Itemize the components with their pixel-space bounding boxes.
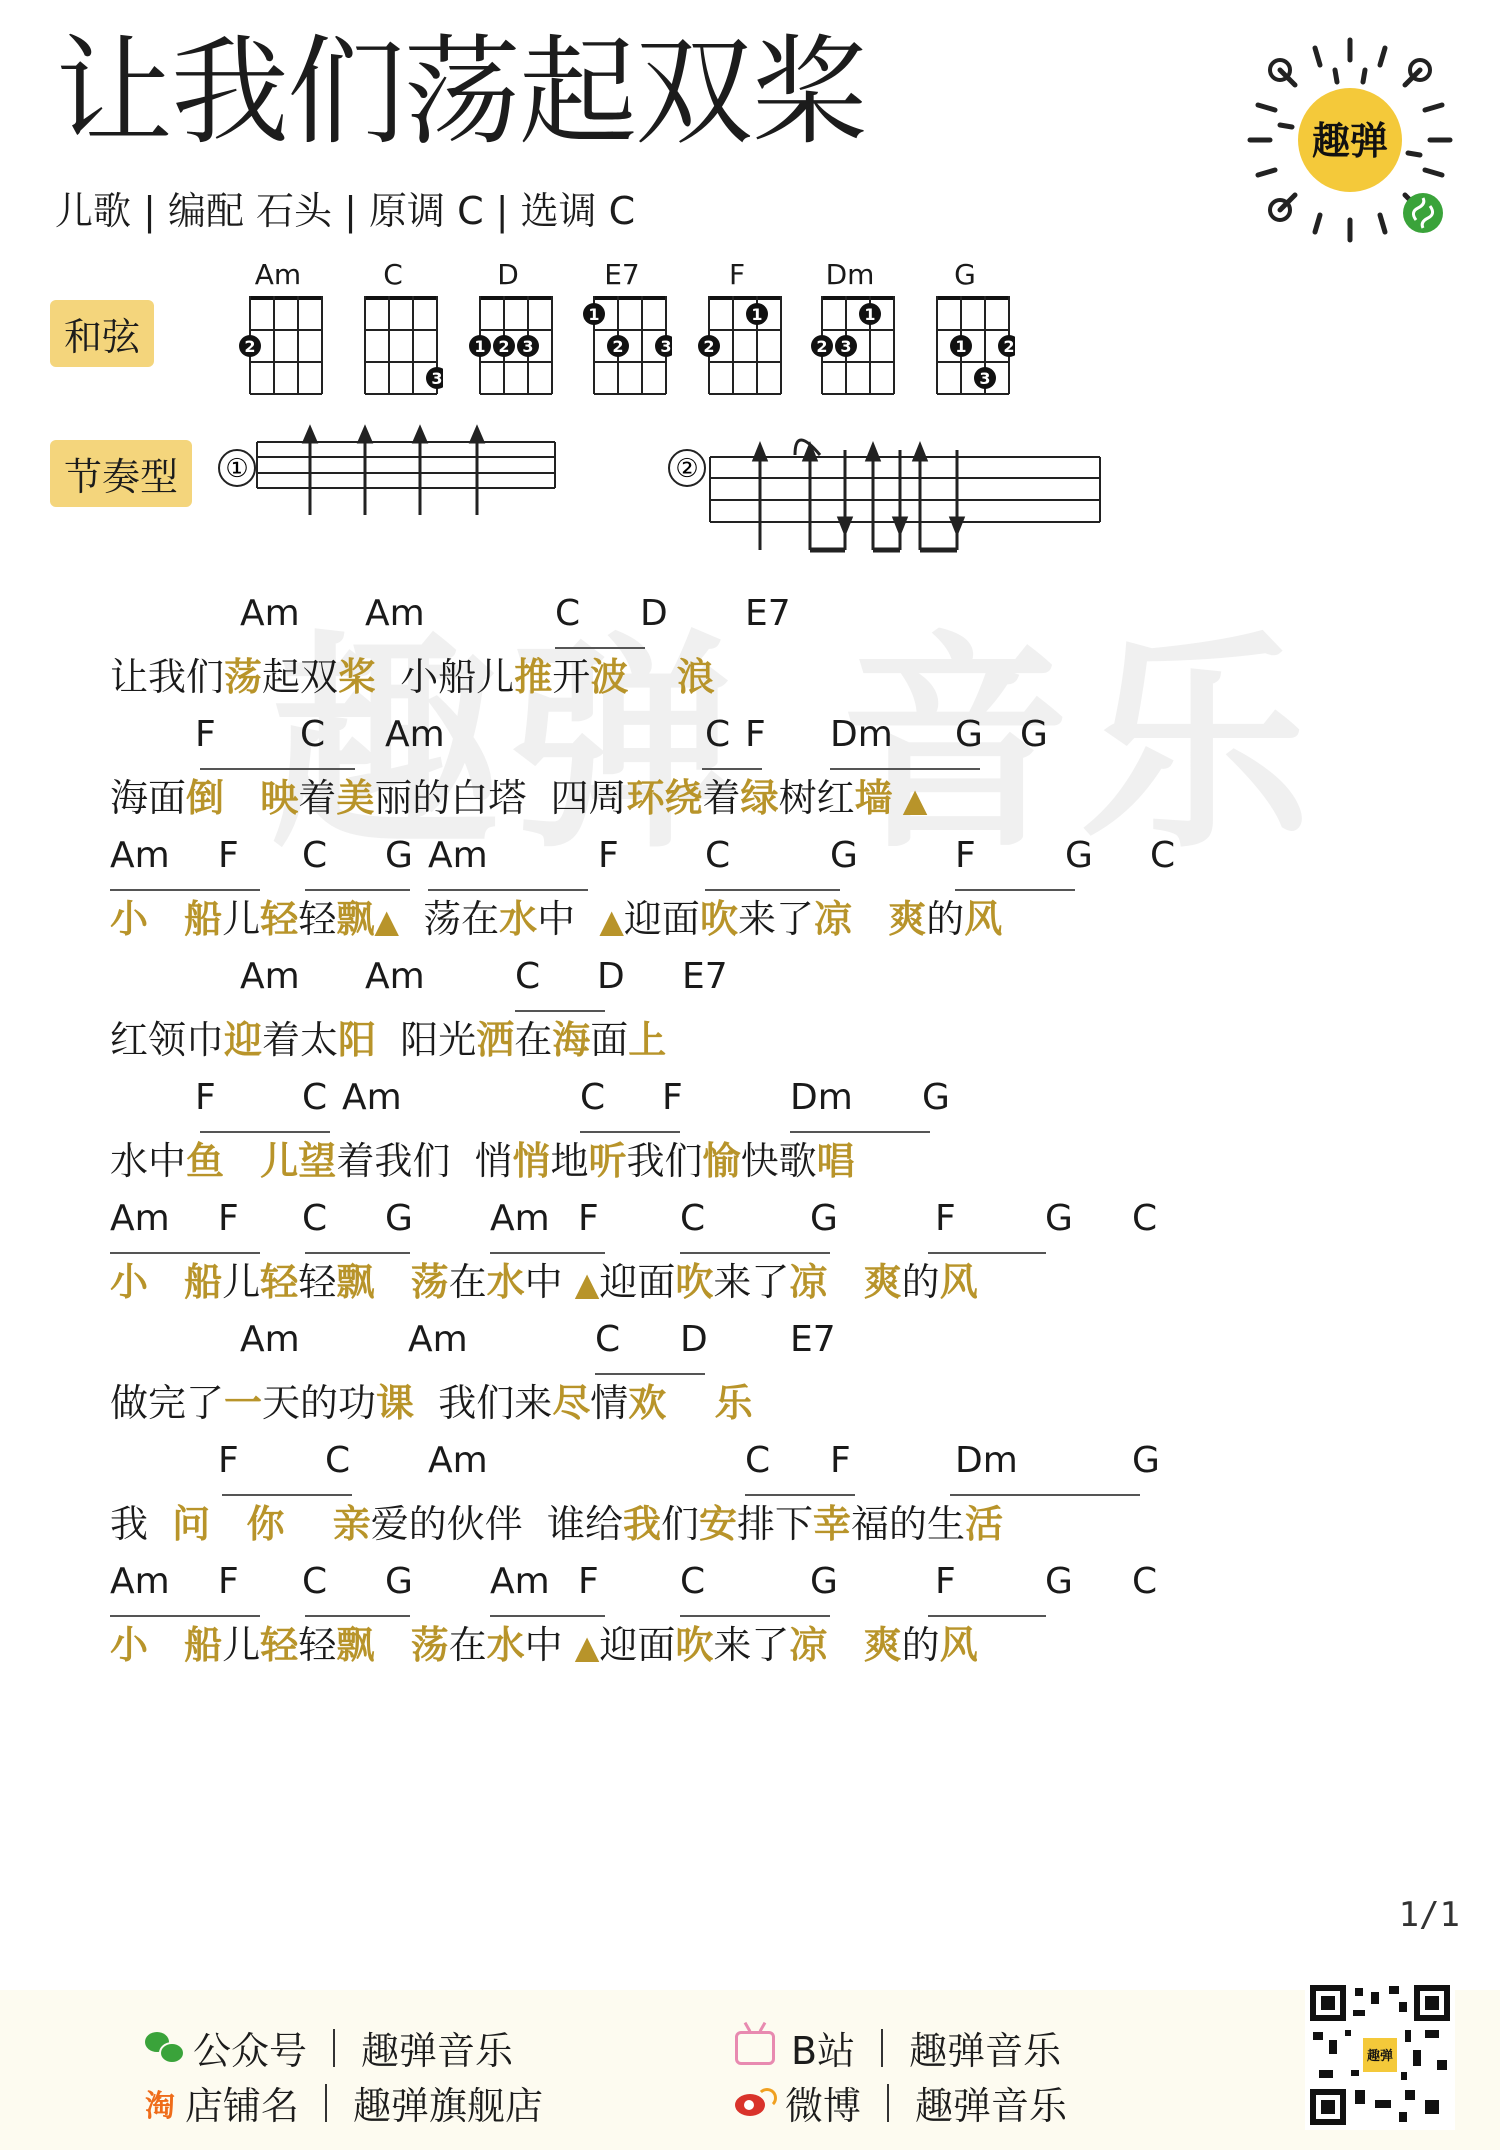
accent-syllable: 风 [940,1623,978,1667]
chord-diagram-e7: E7123 [572,258,672,402]
chord-symbol: D [680,1319,708,1360]
chord-symbol: Am [428,1440,488,1481]
syllable: 丽的白塔 四周 [374,776,626,820]
accent-syllable: 波 [590,655,628,699]
accent-syllable: 桨 [338,655,376,699]
accent-syllable: 鱼 [186,1139,224,1183]
chord-symbol: C [580,1077,605,1118]
syllable: 让我们 [110,655,224,699]
accent-syllable: 凉 [814,897,852,941]
chord-symbol: F [578,1561,599,1602]
chord-symbol: Am [110,1561,170,1602]
syllable [148,1260,184,1304]
accent-syllable: 儿 [260,1139,298,1183]
syllable [827,1260,863,1304]
syllable: 来了 [713,1260,789,1304]
chord-symbol: Am [490,1561,550,1602]
chord-symbol: F [935,1561,956,1602]
footer: 公众号趣弹音乐 淘 店铺名趣弹旗舰店 B站趣弹音乐 微博趣弹音乐 [0,1990,1500,2150]
chord-diagram-dm: Dm231 [800,258,900,402]
chord-symbol: Dm [955,1440,1018,1481]
accent-syllable: 望 [298,1139,336,1183]
chord-symbol: Am [365,956,425,997]
svg-text:2: 2 [498,337,509,356]
accent-syllable: 凉 [789,1260,827,1304]
chord-symbol: G [1045,1198,1073,1239]
footer-taobao[interactable]: 淘 店铺名趣弹旗舰店 [145,2075,543,2130]
accent-syllable: 安 [699,1502,737,1546]
chord-diagram-g: G123 [915,258,1015,402]
accent-syllable: 欢 [628,1381,666,1425]
syllable [284,1502,332,1546]
chord-symbol: C [302,1198,327,1239]
chord-symbol: C [555,593,580,634]
syllable: 迎面 [599,1260,675,1304]
bilibili-icon [735,2031,775,2065]
chords-label: 和弦 [50,300,154,367]
accent-syllable: 吹 [675,1623,713,1667]
syllable [148,897,184,941]
chord-symbol: C [300,714,325,755]
syllable: 的 [926,897,964,941]
svg-text:趣弹: 趣弹 [1312,119,1388,163]
accent-syllable: 荡 [224,655,262,699]
chord-symbol: E7 [745,593,791,634]
accent-syllable: 唱 [817,1139,855,1183]
syllable: 面 [590,1018,628,1062]
chord-symbol: F [745,714,766,755]
fretboard-icon: 123 [572,292,672,402]
footer-weibo[interactable]: 微博趣弹音乐 [735,2075,1067,2130]
syllable [827,1623,863,1667]
fretboard-icon: 123 [915,292,1015,402]
chord-symbol: Am [240,1319,300,1360]
divider [333,2029,335,2067]
chord-diagram-f: F21 [687,258,787,402]
accent-syllable: 悄 [512,1139,550,1183]
svg-text:1: 1 [588,305,599,324]
chord-symbol: E7 [790,1319,836,1360]
syllable: 们 [661,1502,699,1546]
divider [887,2084,889,2122]
chord-symbol: G [385,1198,413,1239]
syllable: 来了 [738,897,814,941]
taobao-icon: 淘 [145,2081,175,2125]
accent-syllable: 爽 [888,897,926,941]
syllable: 起双 [262,655,338,699]
chord-symbol: D [597,956,625,997]
svg-text:2: 2 [703,337,714,356]
divider [881,2029,883,2067]
svg-text:3: 3 [660,337,671,356]
accent-syllable: 水 [487,1623,525,1667]
lyric-text: 我 问 你 亲爱的伙伴 谁给我们安排下幸福的生活 [110,1494,1003,1554]
chord-symbol: F [195,1077,216,1118]
accent-syllable: 洒 [476,1018,514,1062]
chord-symbol: Am [240,956,300,997]
chord-diagram-c: C3 [343,258,443,402]
accent-syllable: 愉 [703,1139,741,1183]
chord-symbol: G [1132,1440,1160,1481]
syllable [148,1623,184,1667]
accent-syllable: 映 [260,776,298,820]
chord-symbol: G [810,1561,838,1602]
chord-symbol: C [1150,835,1175,876]
syllable [374,1623,410,1667]
syllable: 儿 [222,1623,260,1667]
accent-syllable: 墙 [855,776,893,820]
chord-symbol: C [705,714,730,755]
syllable: 儿 [222,1260,260,1304]
syllable: 在 [449,1623,487,1667]
accent-syllable: 小 [110,897,148,941]
chord-symbol: Am [365,593,425,634]
accent-syllable: 船 [184,1260,222,1304]
syllable: 红领巾 [110,1018,224,1062]
lyric-text: 做完了一天的功课 我们来尽情欢 乐 [110,1373,753,1433]
wechat-icon [145,2032,183,2064]
accent-syllable: 吹 [700,897,738,941]
chord-symbol: G [922,1077,950,1118]
chord-name: Dm [800,258,900,292]
rhythm-pattern-1: ① [215,420,575,534]
syllable: 在 [514,1018,552,1062]
svg-text:1: 1 [864,305,875,324]
svg-text:1: 1 [751,305,762,324]
accent-syllable: 风 [964,897,1002,941]
syllable: 快歌 [741,1139,817,1183]
syllable: 情 [590,1381,628,1425]
chord-symbol: F [662,1077,683,1118]
syllable: 在 [449,1260,487,1304]
syllable: 中 [525,1260,575,1304]
syllable: 海面 [110,776,186,820]
chord-symbol: C [1132,1561,1157,1602]
accent-syllable: 幸 [813,1502,851,1546]
svg-text:2: 2 [1003,337,1014,356]
syllable [210,1502,246,1546]
accent-syllable: 迎 [224,1018,262,1062]
chord-symbol: C [1132,1198,1157,1239]
chord-symbol: F [218,1198,239,1239]
chord-diagram-am: Am2 [228,258,328,402]
chord-symbol: F [955,835,976,876]
chord-symbol: Am [408,1319,468,1360]
accent-syllable: 绿 [741,776,779,820]
chord-symbol: F [578,1198,599,1239]
weibo-icon [735,2088,771,2118]
svg-text:2: 2 [244,337,255,356]
chord-symbol: F [218,1561,239,1602]
chord-symbol: F [218,835,239,876]
accent-syllable: 水 [487,1260,525,1304]
qr-code[interactable]: 趣弹 [1305,1980,1455,2130]
syllable: 的 [902,1623,940,1667]
chord-diagram-d: D123 [458,258,558,402]
fretboard-icon: 231 [800,292,900,402]
accent-syllable: 推 [514,655,552,699]
accent-syllable: 阳 [338,1018,376,1062]
syllable: 轻 [298,897,336,941]
chord-symbol: C [302,835,327,876]
triangle-icon: ▲ [575,1265,600,1303]
lyric-text: 红领巾迎着太阳 阳光洒在海面上 [110,1010,666,1070]
chord-symbol: C [680,1561,705,1602]
triangle-icon: ▲ [599,902,624,940]
chord-symbol: Am [342,1077,402,1118]
chord-symbol: C [325,1440,350,1481]
syllable: 的 [902,1260,940,1304]
accent-syllable: 海 [552,1018,590,1062]
chord-symbol: Am [490,1198,550,1239]
chord-name: C [343,258,443,292]
footer-bilibili[interactable]: B站趣弹音乐 [735,2020,1061,2075]
chord-symbol: Am [110,1198,170,1239]
syllable: 爱的伙伴 谁给 [371,1502,623,1546]
chord-symbol: G [385,1561,413,1602]
accent-syllable: 小 [110,1260,148,1304]
chord-symbol: F [195,714,216,755]
accent-syllable: 爽 [864,1260,902,1304]
accent-syllable: 小 [110,1623,148,1667]
fretboard-icon: 21 [687,292,787,402]
syllable [666,1381,714,1425]
triangle-icon: ▲ [575,1628,600,1666]
chord-symbol: D [640,593,668,634]
chord-symbol: Dm [790,1077,853,1118]
fretboard-icon: 2 [228,292,328,402]
accent-syllable: 轻 [260,1260,298,1304]
syllable: 着我们 悄 [336,1139,512,1183]
accent-syllable: 乐 [715,1381,753,1425]
syllable: 中 [525,1623,575,1667]
syllable: 小船儿 [376,655,514,699]
accent-syllable: 你 [246,1502,284,1546]
lyric-text: 小 船儿轻轻飘 荡在水中 ▲迎面吹来了凉 爽的风 [110,1252,978,1314]
chord-symbol: G [1020,714,1048,755]
chord-symbol: F [935,1198,956,1239]
triangle-icon: ▲ [374,902,399,940]
lyric-text: 小 船儿轻轻飘 荡在水中 ▲迎面吹来了凉 爽的风 [110,1615,978,1677]
qr-code-icon: 趣弹 [1305,1980,1455,2130]
chord-symbol: Am [428,835,488,876]
syllable: 阳光 [376,1018,476,1062]
chord-symbol: F [218,1440,239,1481]
syllable: 来了 [713,1623,789,1667]
mini-program-code[interactable]: 趣弹 [1240,30,1460,250]
syllable: 荡在 [399,897,499,941]
accent-syllable: 轻 [260,1623,298,1667]
syllable [224,776,260,820]
chord-symbol: Am [110,835,170,876]
syllable: 我们来 [414,1381,552,1425]
accent-syllable: 吹 [675,1260,713,1304]
syllable: 天的功 [262,1381,376,1425]
rhythm-pattern-2: ② [665,420,1115,564]
syllable: 排下 [737,1502,813,1546]
chord-symbol: G [1065,835,1093,876]
chord-symbol: C [302,1077,327,1118]
footer-wechat[interactable]: 公众号趣弹音乐 [145,2020,513,2075]
syllable: 我 [110,1502,172,1546]
accent-syllable: 绕 [665,776,703,820]
svg-text:3: 3 [840,337,851,356]
accent-syllable: 上 [628,1018,666,1062]
accent-syllable: 飘 [336,1623,374,1667]
fretboard-icon: 3 [343,292,443,402]
svg-text:2: 2 [816,337,827,356]
chord-symbol: G [830,835,858,876]
accent-syllable: 课 [376,1381,414,1425]
accent-syllable: 船 [184,897,222,941]
svg-text:3: 3 [431,369,442,388]
syllable: 地 [551,1139,589,1183]
syllable: 水中 [110,1139,186,1183]
accent-syllable: 轻 [260,897,298,941]
chord-name: D [458,258,558,292]
chord-name: E7 [572,258,672,292]
syllable: 迎面 [599,1623,675,1667]
syllable: 轻 [298,1623,336,1667]
qr-sunburst-icon: 趣弹 [1240,30,1460,250]
syllable [374,1260,410,1304]
syllable: 着 [298,776,336,820]
rhythm-label: 节奏型 [50,440,192,507]
syllable: 福的生 [851,1502,965,1546]
lyric-text: 小 船儿轻轻飘▲ 荡在水中 ▲迎面吹来了凉 爽的风 [110,889,1002,951]
svg-text:1: 1 [955,337,966,356]
svg-text:2: 2 [612,337,623,356]
syllable [628,655,676,699]
accent-syllable: 风 [940,1260,978,1304]
accent-syllable: 荡 [411,1623,449,1667]
syllable: 树红 [779,776,855,820]
accent-syllable: 亲 [333,1502,371,1546]
chord-symbol: C [595,1319,620,1360]
chord-name: Am [228,258,328,292]
lyric-text: 海面倒 映着美丽的白塔 四周环绕着绿树红墙 ▲ [110,768,927,830]
chord-symbol: Am [385,714,445,755]
chord-symbol: Dm [830,714,893,755]
syllable: 中 [537,897,599,941]
accent-syllable: 我 [623,1502,661,1546]
lyric-text: 水中鱼 儿望着我们 悄悄地听我们愉快歌唱 [110,1131,855,1191]
accent-syllable: 浪 [677,655,715,699]
accent-syllable: 飘 [336,897,374,941]
accent-syllable: 荡 [411,1260,449,1304]
chord-symbol: E7 [682,956,728,997]
triangle-icon: ▲ [893,781,928,819]
accent-syllable: 一 [224,1381,262,1425]
chord-symbol: G [1045,1561,1073,1602]
chord-name: G [915,258,1015,292]
syllable [224,1139,260,1183]
syllable: 开 [552,655,590,699]
chord-symbol: G [810,1198,838,1239]
chord-symbol: F [830,1440,851,1481]
accent-syllable: 水 [499,897,537,941]
chord-symbol: C [680,1198,705,1239]
syllable: 轻 [298,1260,336,1304]
song-meta: 儿歌 | 编配 石头 | 原调 C | 选调 C [55,180,635,235]
svg-text:趣弹: 趣弹 [1367,2048,1393,2064]
svg-text:3: 3 [522,337,533,356]
syllable: 儿 [222,897,260,941]
accent-syllable: 倒 [186,776,224,820]
accent-syllable: 凉 [789,1623,827,1667]
accent-syllable: 美 [336,776,374,820]
svg-text:3: 3 [979,369,990,388]
accent-syllable: 尽 [552,1381,590,1425]
chord-symbol: G [385,835,413,876]
syllable: 着 [703,776,741,820]
lyric-text: 让我们荡起双桨 小船儿推开波 浪 [110,647,715,707]
svg-text:1: 1 [474,337,485,356]
chord-symbol: F [598,835,619,876]
accent-syllable: 问 [172,1502,210,1546]
syllable: 迎面 [624,897,700,941]
chord-symbol: C [705,835,730,876]
accent-syllable: 活 [965,1502,1003,1546]
accent-syllable: 飘 [336,1260,374,1304]
syllable: 着太 [262,1018,338,1062]
song-title: 让我们荡起双桨 [55,22,867,164]
chord-name: F [687,258,787,292]
svg-text:①: ① [225,454,248,484]
chord-symbol: Am [240,593,300,634]
page-number: 1/1 [1399,1895,1460,1935]
syllable: 我们 [627,1139,703,1183]
accent-syllable: 听 [589,1139,627,1183]
syllable: 做完了 [110,1381,224,1425]
chord-symbol: C [745,1440,770,1481]
accent-syllable: 船 [184,1623,222,1667]
fretboard-icon: 123 [458,292,558,402]
chord-symbol: C [302,1561,327,1602]
accent-syllable: 环 [627,776,665,820]
chord-symbol: C [515,956,540,997]
svg-text:②: ② [675,454,698,484]
chord-symbol: G [955,714,983,755]
accent-syllable: 爽 [864,1623,902,1667]
divider [325,2084,327,2122]
syllable [852,897,888,941]
